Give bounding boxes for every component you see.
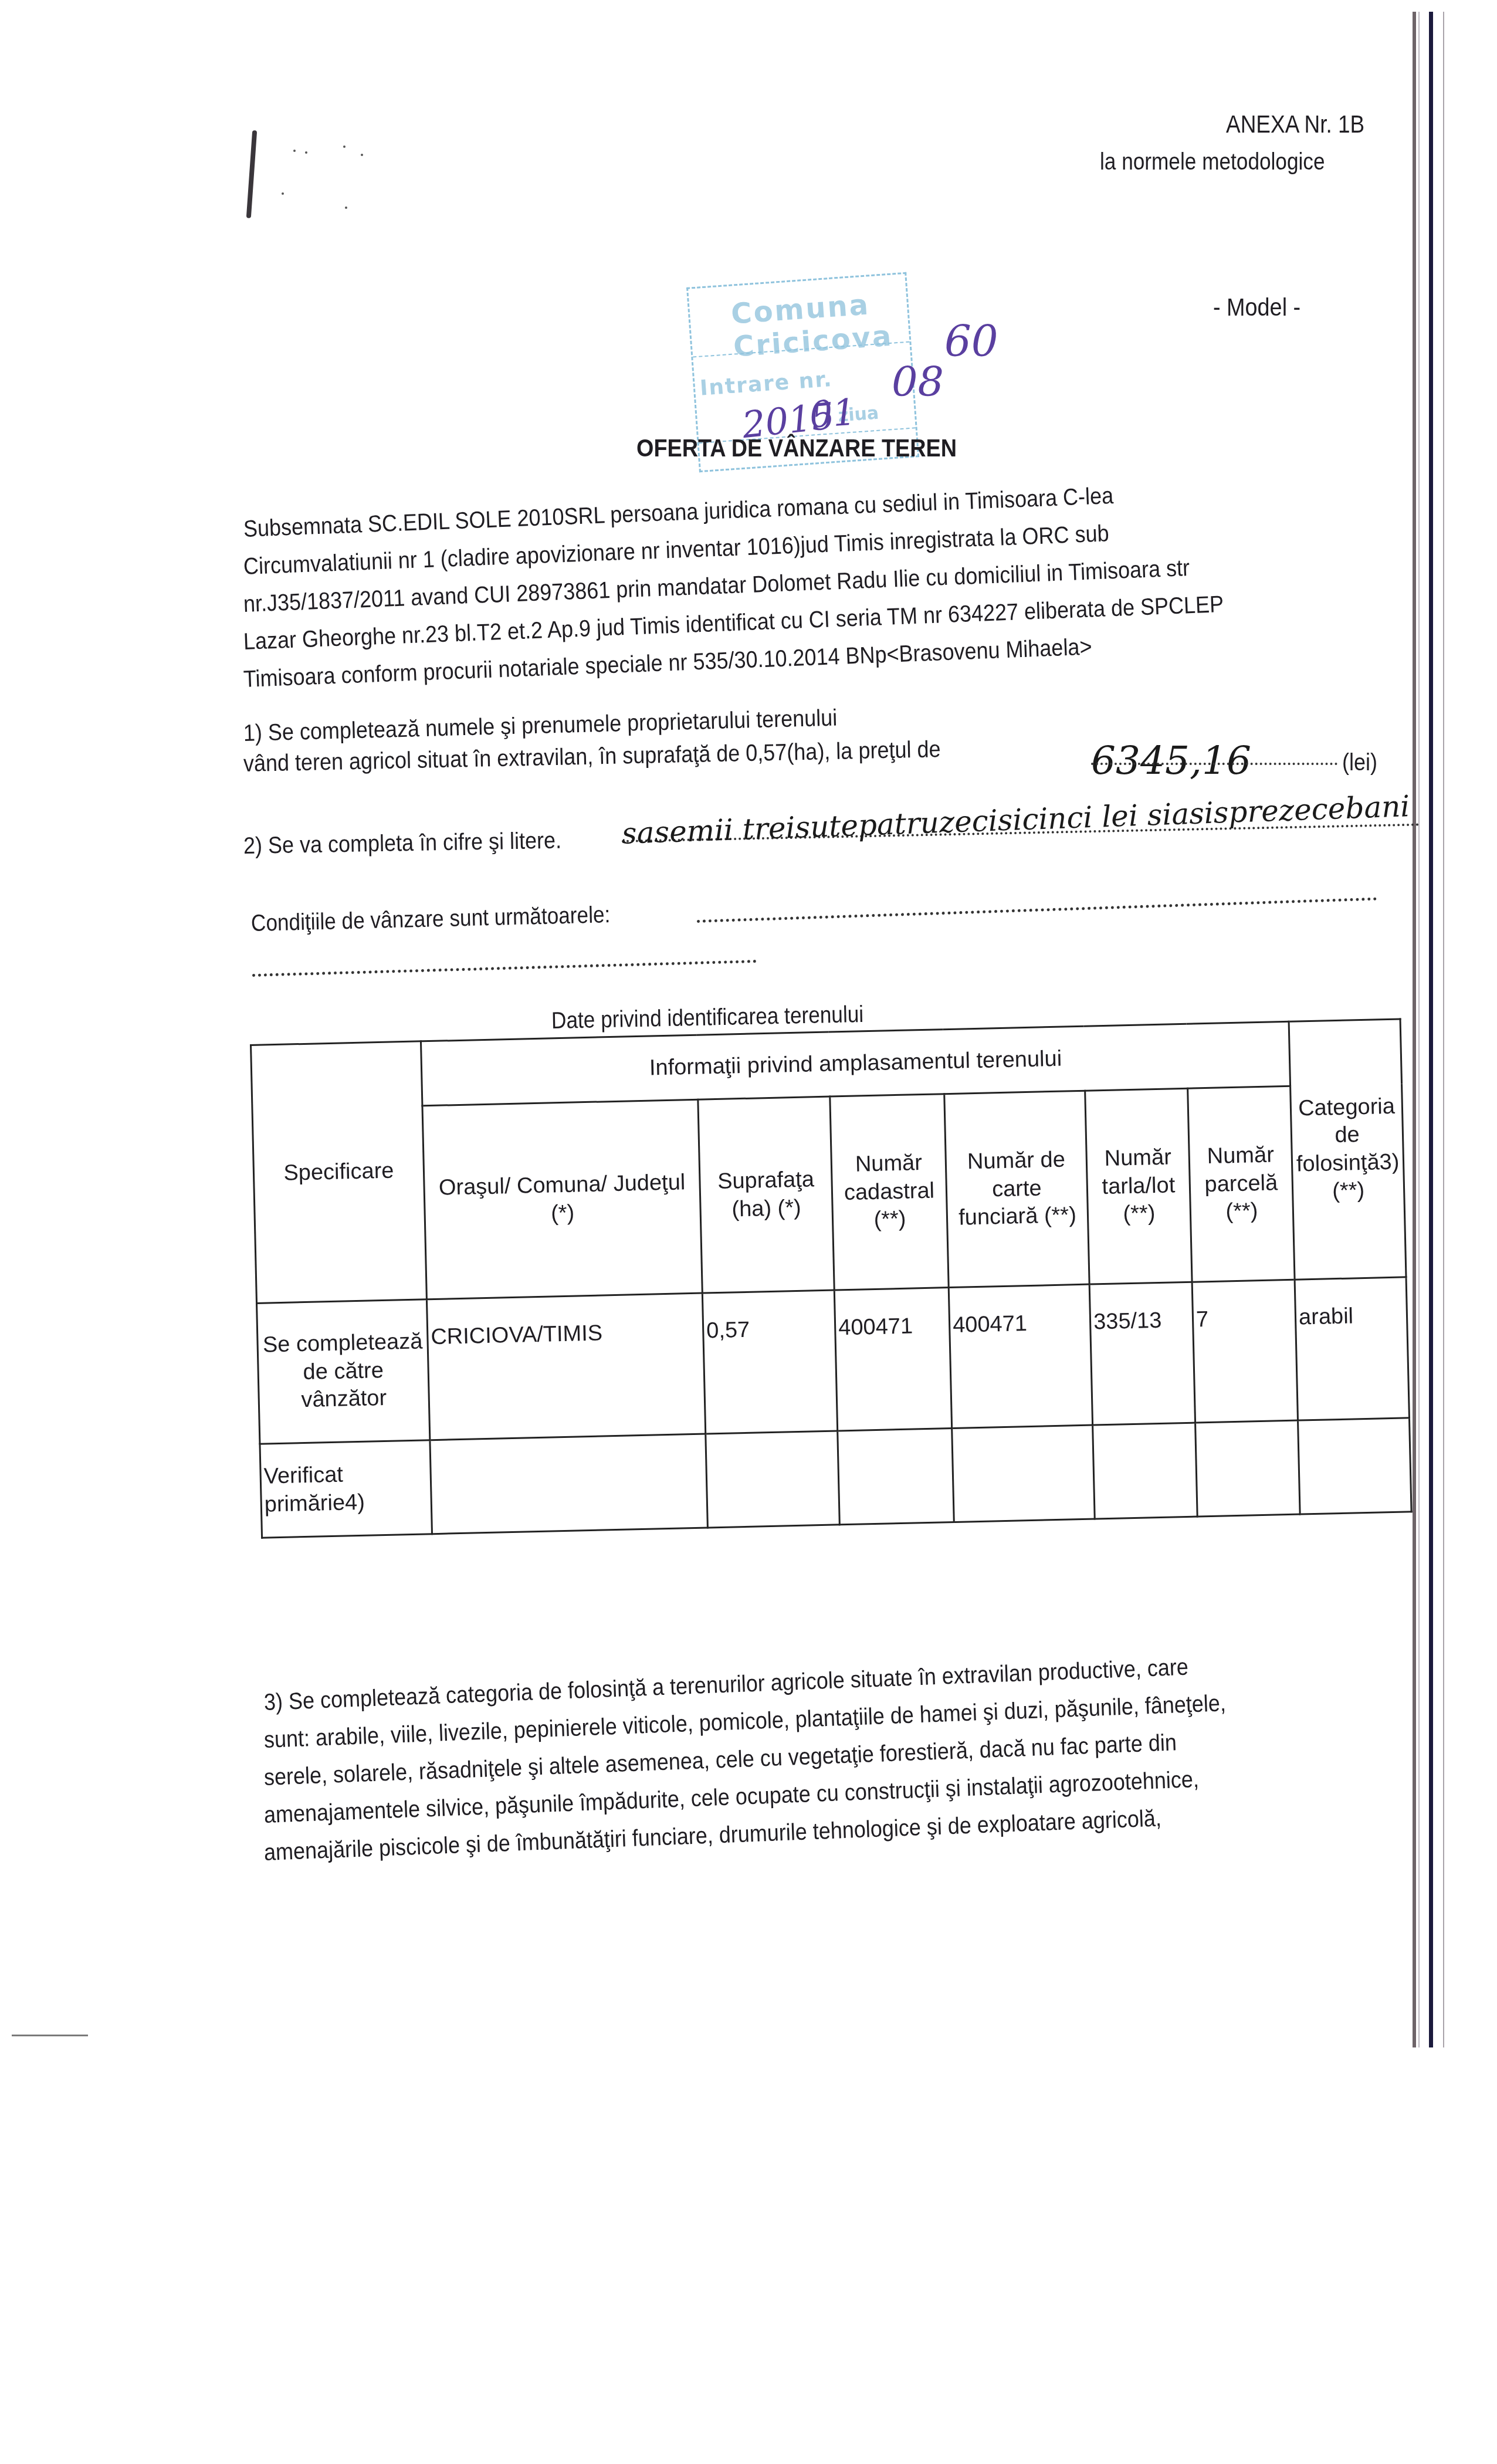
- table: Specificare Informaţii privind amplasame…: [250, 1018, 1413, 1538]
- speckle: [293, 150, 296, 152]
- conditions-dotted-line-2[interactable]: [252, 960, 757, 977]
- stamp-date-day: 08: [892, 358, 944, 406]
- document-title: OFERTA DE VÂNZARE TEREN: [636, 434, 957, 462]
- cell-parcel: 7: [1192, 1280, 1298, 1423]
- col-header-carte-funciara: Număr de carte funciară (**): [944, 1091, 1089, 1287]
- speckle: [361, 154, 363, 156]
- price-handwritten[interactable]: 6345,16: [1091, 738, 1251, 783]
- conditions-label: Condiţiile de vânzare sunt următoarele:: [250, 902, 610, 937]
- model-label: - Model -: [1213, 293, 1300, 321]
- price-in-words-handwritten[interactable]: sasemii treisutepatruzecisicinci lei sia…: [621, 789, 1410, 851]
- col-header-oras: Oraşul/ Comuna/ Judeţul (*): [422, 1099, 702, 1299]
- cell-land-book: 400471: [949, 1284, 1092, 1428]
- price-dotted-line: [1091, 763, 1337, 765]
- scan-edge-line: [12, 2035, 88, 2036]
- annex-number: ANEXA Nr. 1B: [1226, 110, 1364, 138]
- scanned-document-page: ANEXA Nr. 1B la normele metodologice - M…: [0, 0, 1497, 2464]
- cell-tarla-lot: 335/13: [1089, 1282, 1195, 1425]
- cell-location[interactable]: [430, 1434, 708, 1534]
- speckle: [282, 192, 284, 195]
- pen-mark: [246, 130, 257, 218]
- cell-category[interactable]: [1298, 1418, 1412, 1514]
- cell-cadastral: 400471: [834, 1288, 951, 1431]
- conditions-dotted-line[interactable]: [697, 898, 1377, 923]
- cell-area[interactable]: [706, 1431, 840, 1528]
- col-header-cadastral: Număr cadastral (**): [830, 1094, 949, 1290]
- speckle: [305, 151, 307, 154]
- col-header-tarla-lot: Număr tarla/lot (**): [1085, 1088, 1192, 1284]
- col-header-suprafata: Suprafaţa (ha) (*): [698, 1096, 834, 1293]
- col-header-parcela: Număr parcelă (**): [1188, 1086, 1295, 1282]
- stamp-entry-number: 60: [944, 317, 998, 366]
- scan-edge-line: [1429, 12, 1433, 2047]
- cell-land-book[interactable]: [952, 1425, 1095, 1522]
- annex-subtitle: la normele metodologice: [1100, 149, 1325, 175]
- table-section-title: Date privind identificarea terenului: [551, 1001, 864, 1034]
- speckle: [343, 145, 346, 148]
- note-2: 2) Se va completa în cifre şi litere.: [243, 828, 562, 859]
- land-identification-table: Specificare Informaţii privind amplasame…: [250, 1018, 1434, 1561]
- cell-category: arabil: [1295, 1277, 1409, 1420]
- cell-location: CRICIOVA/TIMIS: [426, 1293, 705, 1440]
- cell-tarla-lot[interactable]: [1093, 1423, 1198, 1519]
- speckle: [345, 207, 347, 209]
- cell-area: 0,57: [702, 1290, 837, 1434]
- cell-cadastral[interactable]: [838, 1429, 954, 1525]
- col-header-categoria: Categoria de folosinţă3) (**): [1289, 1019, 1406, 1280]
- scan-edge-line: [1443, 12, 1444, 2047]
- col-header-specificare: Specificare: [251, 1041, 427, 1303]
- stamp-date-month: 01: [808, 390, 858, 436]
- row-label: Se completează de către vânzător: [257, 1299, 430, 1444]
- price-unit: (lei): [1342, 750, 1377, 776]
- row-label: Verificat primărie4): [260, 1440, 432, 1538]
- cell-parcel[interactable]: [1195, 1420, 1300, 1517]
- table-row: Se completează de către vânzător CRICIOV…: [257, 1277, 1410, 1444]
